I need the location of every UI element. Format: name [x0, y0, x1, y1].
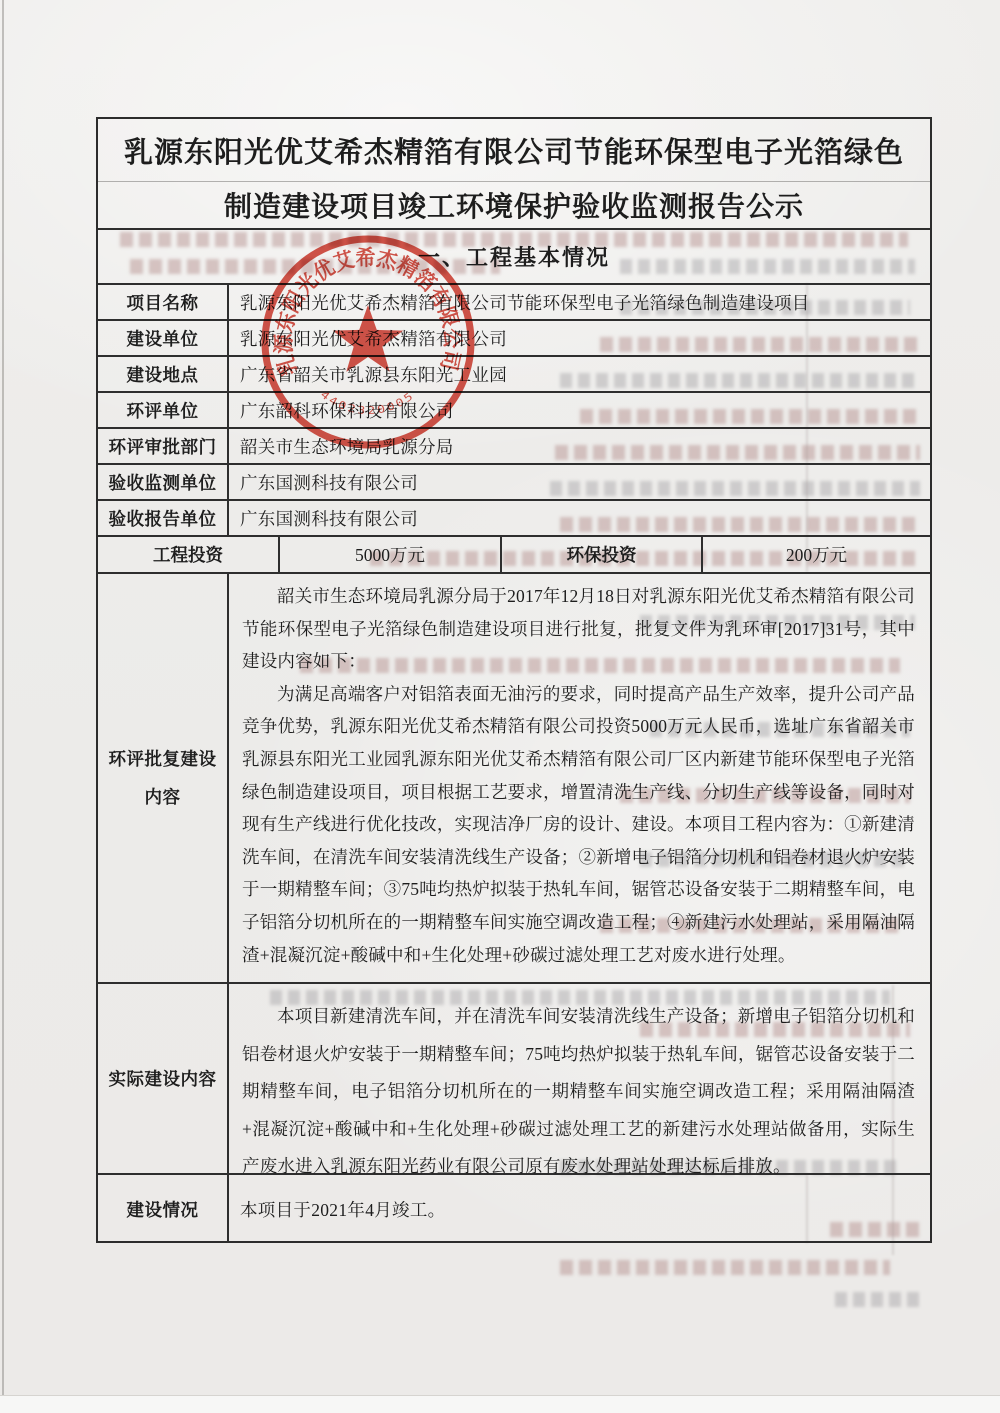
- bleed-through-artifact: [560, 1260, 890, 1275]
- actual-paragraph: 本项目新建清洗车间，并在清洗车间安装清洗线生产设备；新增电子铝箔分切机和铝卷材退…: [242, 990, 915, 1186]
- row-label: 建设情况: [98, 1175, 229, 1243]
- report-table: 乳源东阳光优艾希杰精箔有限公司节能环保型电子光箔绿色 制造建设项目竣工环境保护验…: [96, 117, 932, 1243]
- row-label: 环评单位: [98, 393, 229, 427]
- row-value: 乳源东阳光优艾希杰精箔有限公司节能环保型电子光箔绿色制造建设项目: [229, 285, 930, 319]
- table-row-investment: 工程投资 5000万元 环保投资 200万元: [98, 537, 930, 574]
- scanner-paper-edge: [2, 0, 4, 1413]
- table-row-project-name: 项目名称 乳源东阳光优艾希杰精箔有限公司节能环保型电子光箔绿色制造建设项目: [98, 285, 930, 321]
- row-label: 实际建设内容: [98, 984, 229, 1173]
- row-value: 广东韶科环保科技有限公司: [229, 393, 930, 427]
- row-label: 项目名称: [98, 285, 229, 319]
- table-row-acceptance-report-unit: 验收报告单位 广东国测科技有限公司: [98, 501, 930, 537]
- scanned-document-page: 乳源东阳光优艾希杰精箔有限公司节能环保型电子光箔绿色 制造建设项目竣工环境保护验…: [0, 0, 1000, 1413]
- section-header: 一、工程基本情况: [98, 230, 930, 285]
- row-value: 韶关市生态环境局乳源分局: [229, 429, 930, 463]
- table-row-construction-unit: 建设单位 乳源东阳光优艾希杰精箔有限公司: [98, 321, 930, 357]
- env-investment-label: 环保投资: [502, 537, 703, 572]
- table-row-acceptance-monitoring-unit: 验收监测单位 广东国测科技有限公司: [98, 465, 930, 501]
- row-label: 环评审批部门: [98, 429, 229, 463]
- row-label-line1: 环评批复建设: [109, 740, 217, 778]
- table-row-eia-approved-content: 环评批复建设 内容 韶关市生态环境局乳源分局于2017年12月18日对乳源东阳光…: [98, 574, 930, 984]
- table-row-status: 建设情况 本项目于2021年4月竣工。: [98, 1175, 930, 1243]
- eia-paragraph-1: 韶关市生态环境局乳源分局于2017年12月18日对乳源东阳光优艾希杰精箔有限公司…: [242, 580, 915, 678]
- row-value: 广东国测科技有限公司: [229, 501, 930, 535]
- bleed-through-artifact: [835, 1292, 920, 1307]
- row-value: 广东省韶关市乳源县东阳光工业园: [229, 357, 930, 391]
- table-row-eia-unit: 环评单位 广东韶科环保科技有限公司: [98, 393, 930, 429]
- row-label: 建设地点: [98, 357, 229, 391]
- actual-content-text: 本项目新建清洗车间，并在清洗车间安装清洗线生产设备；新增电子铝箔分切机和铝卷材退…: [229, 984, 930, 1173]
- document-title-block: 乳源东阳光优艾希杰精箔有限公司节能环保型电子光箔绿色 制造建设项目竣工环境保护验…: [98, 119, 930, 230]
- row-label: 验收报告单位: [98, 501, 229, 535]
- row-label: 环评批复建设 内容: [98, 574, 229, 982]
- row-label-line2: 内容: [145, 778, 181, 816]
- investment-value: 5000万元: [280, 537, 502, 572]
- row-label: 建设单位: [98, 321, 229, 355]
- eia-paragraph-2: 为满足高端客户对铝箔表面无油污的要求，同时提高产品生产效率，提升公司产品竞争优势…: [242, 678, 915, 971]
- document-title-line2: 制造建设项目竣工环境保护验收监测报告公示: [98, 182, 930, 228]
- investment-label: 工程投资: [98, 537, 280, 572]
- table-row-eia-approval-dept: 环评审批部门 韶关市生态环境局乳源分局: [98, 429, 930, 465]
- row-value: 乳源东阳光优艾希杰精箔有限公司: [229, 321, 930, 355]
- scanner-bed-edge: [0, 1395, 1000, 1413]
- eia-content-text: 韶关市生态环境局乳源分局于2017年12月18日对乳源东阳光优艾希杰精箔有限公司…: [229, 574, 930, 982]
- table-row-location: 建设地点 广东省韶关市乳源县东阳光工业园: [98, 357, 930, 393]
- row-label: 验收监测单位: [98, 465, 229, 499]
- table-row-actual-content: 实际建设内容 本项目新建清洗车间，并在清洗车间安装清洗线生产设备；新增电子铝箔分…: [98, 984, 930, 1175]
- row-value: 广东国测科技有限公司: [229, 465, 930, 499]
- row-value: 本项目于2021年4月竣工。: [229, 1175, 930, 1243]
- env-investment-value: 200万元: [703, 537, 930, 572]
- document-title-line1: 乳源东阳光优艾希杰精箔有限公司节能环保型电子光箔绿色: [98, 119, 930, 182]
